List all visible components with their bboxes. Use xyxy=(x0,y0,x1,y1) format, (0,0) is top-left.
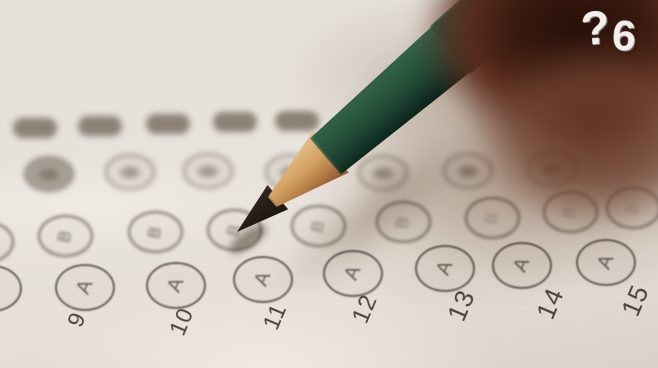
bubble-letter: A xyxy=(510,255,534,275)
answer-bubble: A xyxy=(55,264,115,311)
watermark-question-glyph: ? xyxy=(579,3,612,52)
bubble-letter: A xyxy=(164,275,188,295)
answer-bubble: A xyxy=(146,262,206,309)
question-number: 14 xyxy=(530,283,571,324)
answer-bubble: B xyxy=(0,221,14,263)
question-number: 9 xyxy=(62,308,92,331)
blurred-bubble-mark xyxy=(213,112,257,132)
bubble-letter: B xyxy=(56,229,75,244)
answer-bubble xyxy=(105,154,155,190)
question-number: 15 xyxy=(615,280,656,321)
bubble-letter: A xyxy=(73,277,97,297)
bubble-letter: B xyxy=(146,225,165,240)
bubble-letter: A xyxy=(433,258,457,278)
question-number: 11 xyxy=(257,299,292,333)
blurred-bubble-mark xyxy=(146,114,190,134)
bubble-letter: A xyxy=(594,252,618,272)
watermark-six-glyph: 6 xyxy=(611,14,637,58)
answer-bubble: A xyxy=(0,265,22,312)
answer-bubble xyxy=(183,153,233,189)
blurred-bubble-mark xyxy=(78,116,122,136)
bubble-letter: A xyxy=(251,269,275,289)
watermark-logo: ? 6 xyxy=(581,2,657,76)
answer-sheet-photo: AAAAAAAABBBBBBBBB9101112131415 ? 6 xyxy=(0,0,658,368)
answer-bubble: A xyxy=(576,239,636,286)
bubble-letter: A xyxy=(0,278,4,298)
question-number: 10 xyxy=(164,304,200,340)
bubble-letter: B xyxy=(483,211,502,226)
answer-bubble: B xyxy=(38,215,93,257)
blurred-bubble-mark xyxy=(13,118,57,138)
answer-bubble: A xyxy=(415,245,475,292)
answer-bubble xyxy=(24,156,74,192)
answer-bubble: A xyxy=(492,242,552,289)
answer-bubble: B xyxy=(128,211,183,253)
